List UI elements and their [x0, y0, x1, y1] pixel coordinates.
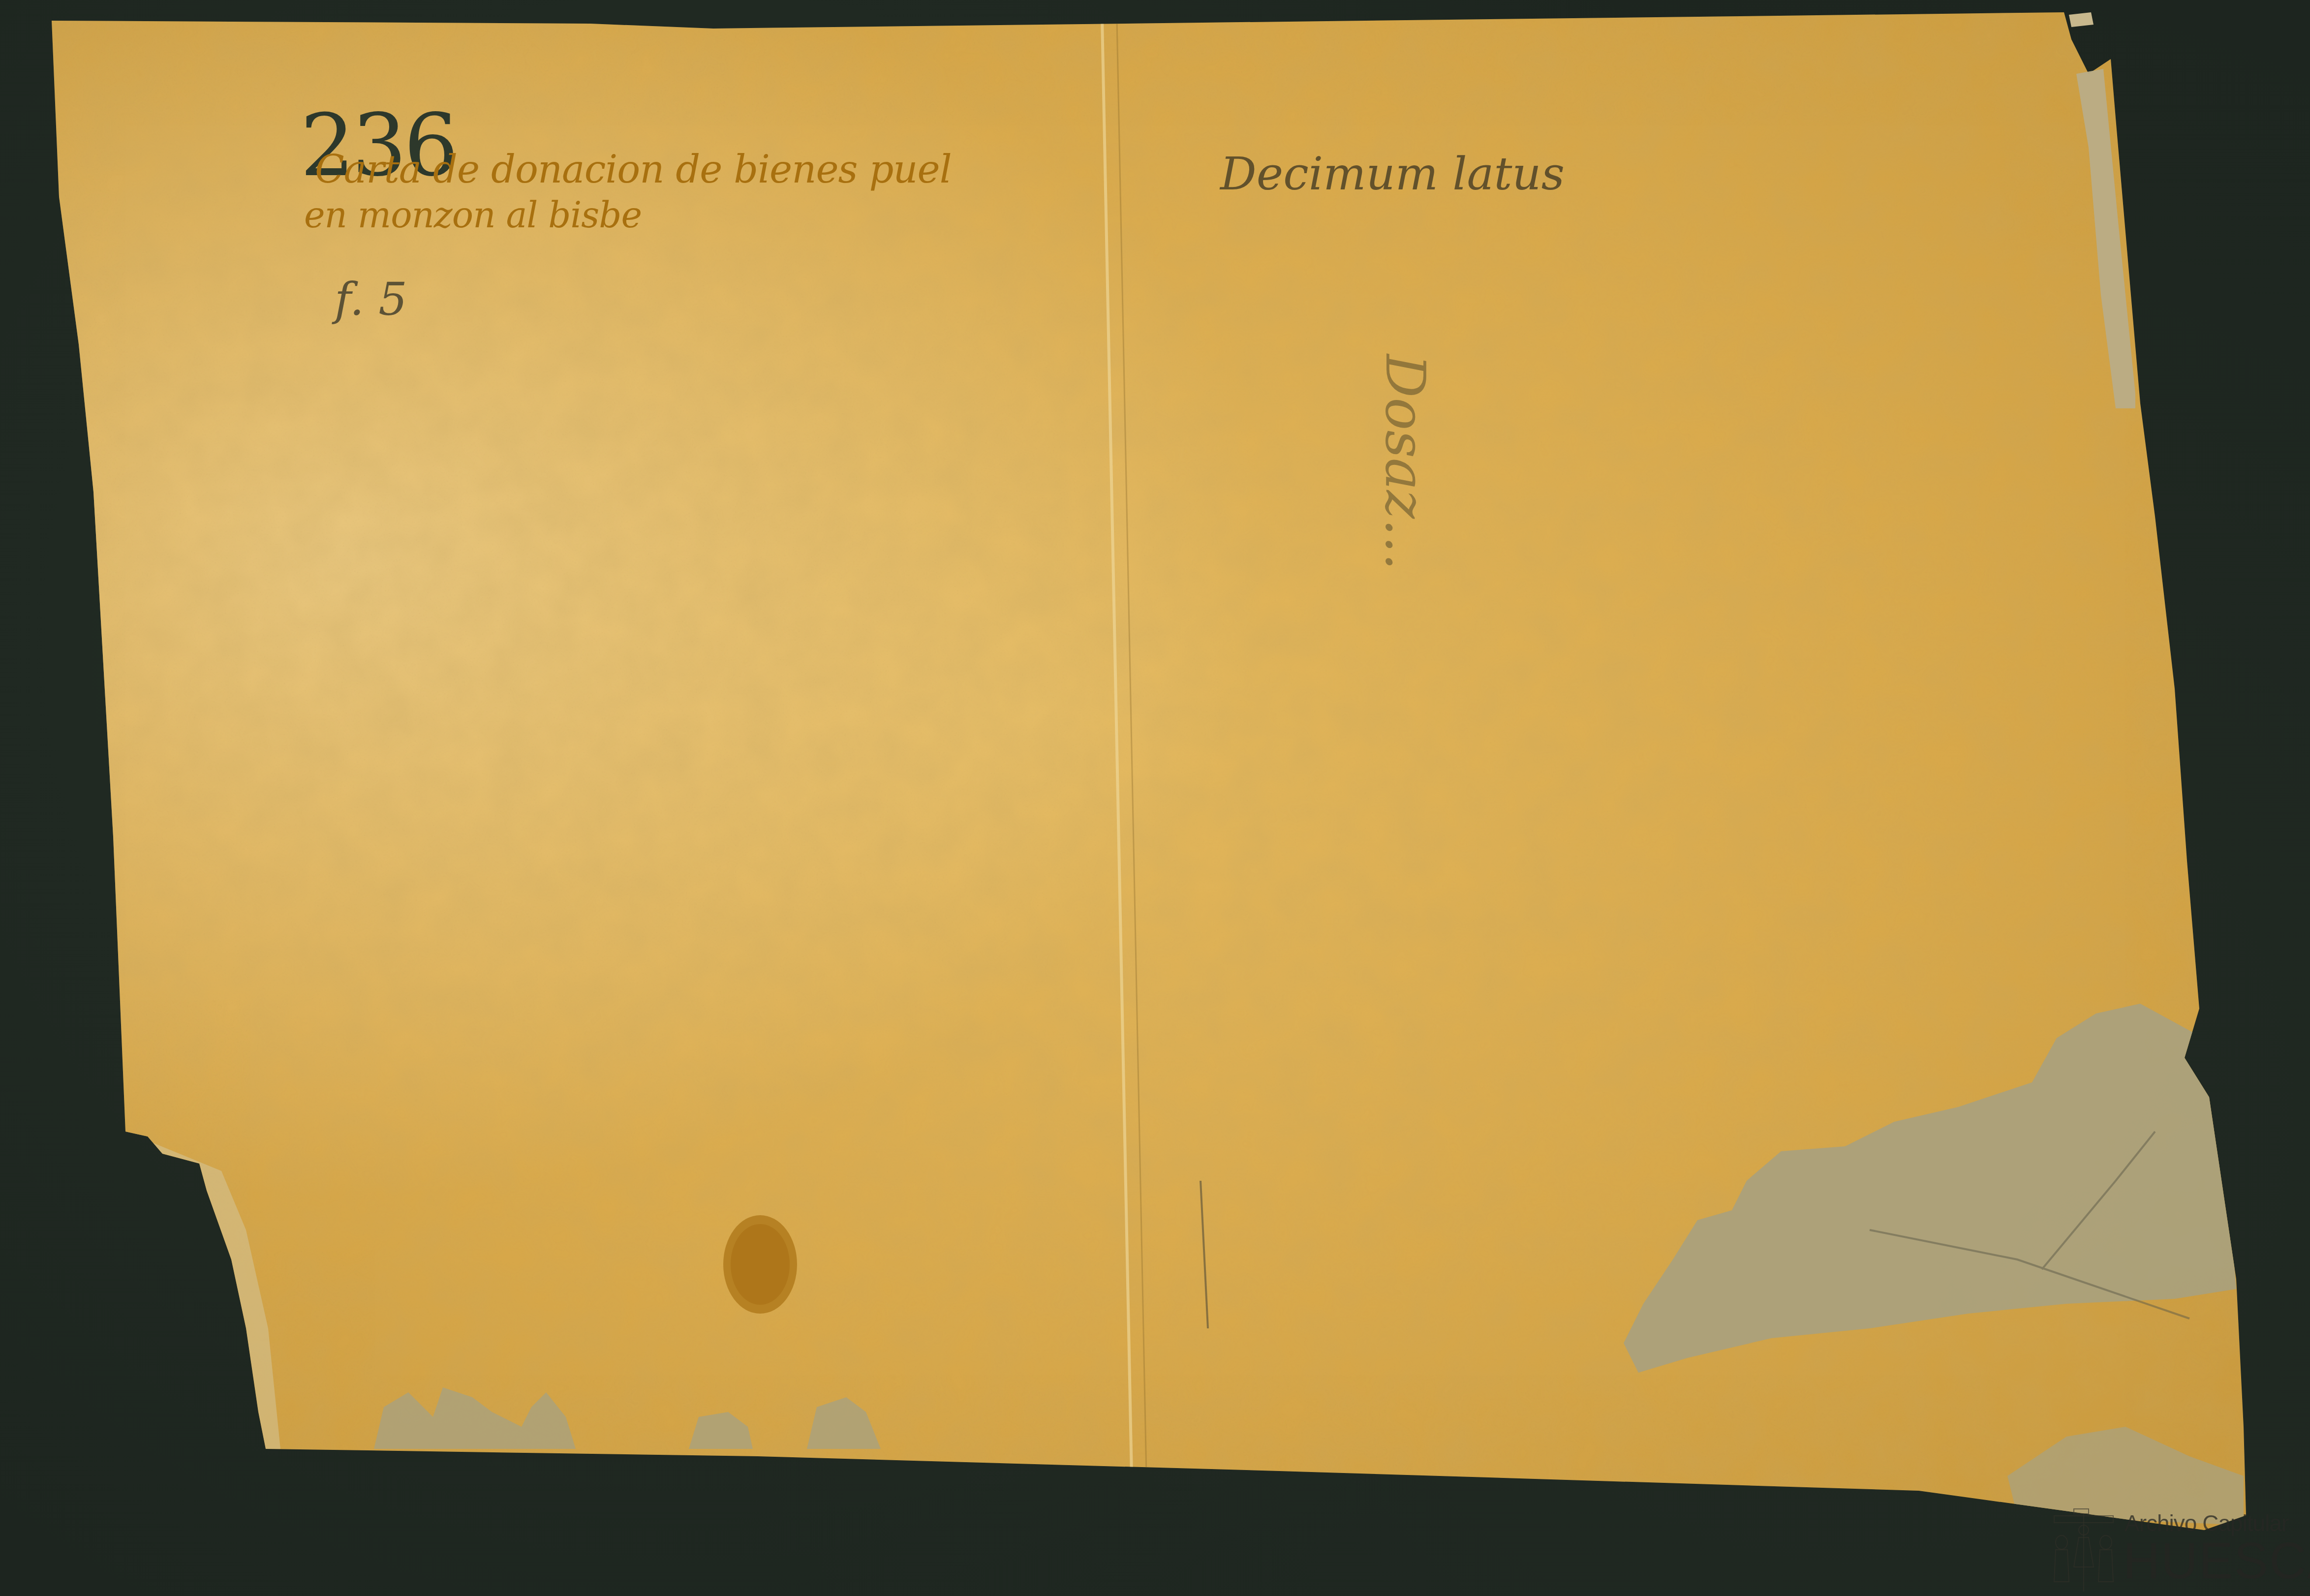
- endorsement: Decimum latus: [1220, 148, 1565, 200]
- torn-fragment: [2069, 12, 2094, 27]
- folio-mark: f. 5: [335, 273, 407, 326]
- crucifixion-emblem-icon: [2052, 1508, 2116, 1592]
- parchment-sheet: [0, 0, 2310, 1596]
- watermark-city-label: HUESCA: [2123, 1535, 2310, 1587]
- summary-line-2: en monzon al bisbe: [304, 194, 642, 236]
- archive-watermark: Archivo Capitular HUESCA: [2052, 1508, 2298, 1592]
- summary-line-1: Carta de donacion de bienes puel: [315, 148, 952, 192]
- vertical-note: Dosaz...: [1374, 354, 1437, 570]
